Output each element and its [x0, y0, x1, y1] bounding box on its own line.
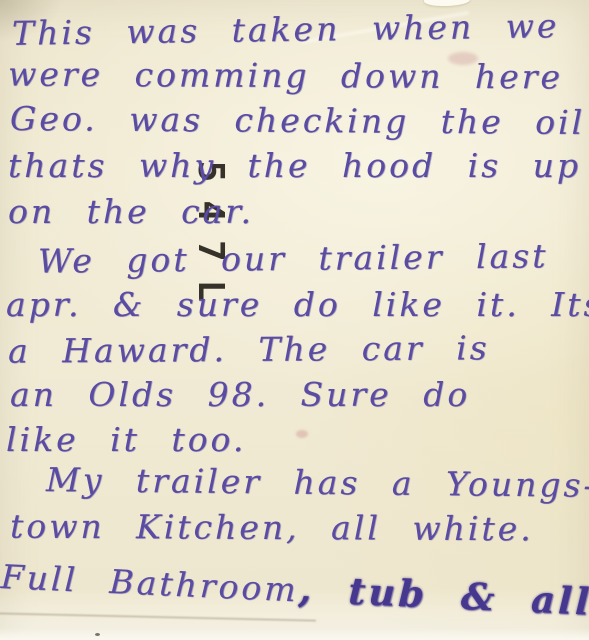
handwriting-line: We got our trailer last	[38, 236, 549, 280]
handwriting-line: on the car.	[8, 192, 254, 231]
paper-speck	[95, 633, 100, 636]
handwriting-line: town Kitchen, all white.	[10, 507, 534, 549]
handwriting-line: This was taken when we	[12, 6, 560, 53]
handwriting-line: My trailer has a Youngs-	[46, 460, 589, 505]
scanned-note-page: 547L This was taken when we were comming…	[0, 0, 589, 640]
handwriting-line: a Haward. The car is	[8, 328, 490, 370]
handwriting-line: were comming down here	[8, 55, 563, 97]
handwriting-line: apr. & sure do like it. Its	[6, 285, 589, 324]
handwriting-line: thats why the hood is up	[8, 146, 581, 185]
ink-smudge	[296, 430, 308, 438]
handwriting-line: an Olds 98. Sure do	[10, 375, 470, 414]
handwriting-line: Geo. was checking the oil	[10, 99, 585, 142]
handwriting-line: like it too.	[6, 420, 246, 459]
paper-bottom-edge	[0, 628, 589, 640]
